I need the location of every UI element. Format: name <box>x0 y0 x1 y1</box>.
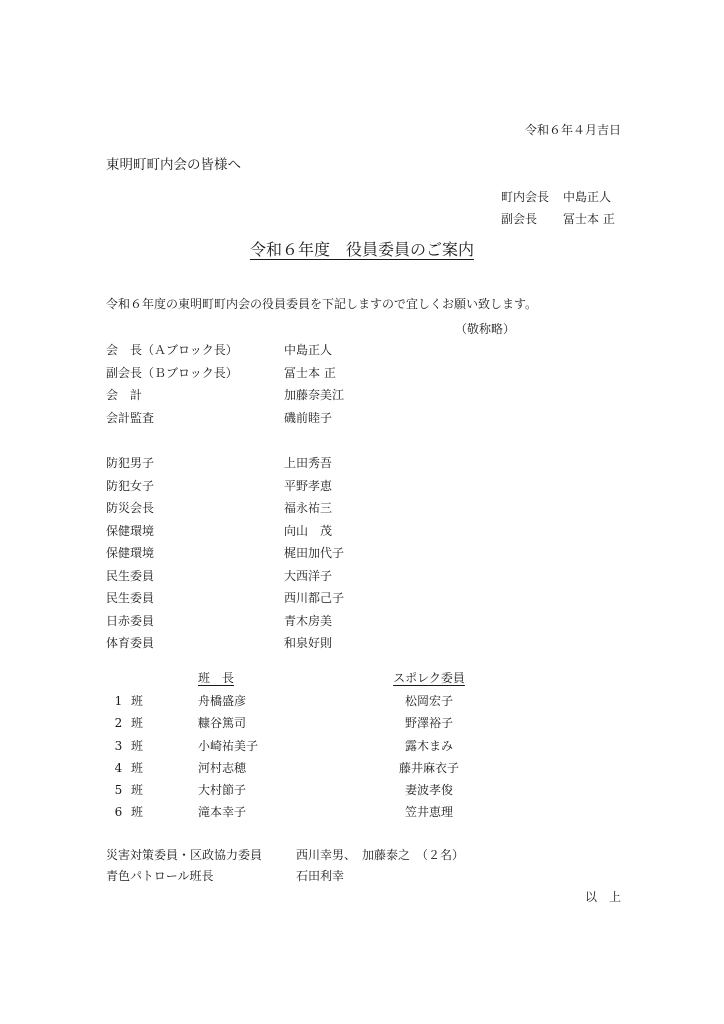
officer-name: 青木房美 <box>284 614 332 628</box>
han-sports: 藤井麻衣子 <box>386 762 472 774</box>
extra-name: 石田利幸 <box>296 869 344 883</box>
han-row: 1班舟橋盛彦松岡宏子 <box>106 695 472 717</box>
officer-name: 冨士本 正 <box>284 366 336 380</box>
han-leader: 糠谷篤司 <box>198 717 386 729</box>
han-number: 4 <box>106 762 131 774</box>
officer-role: 防災会長 <box>106 502 284 514</box>
extra-row-patrol: 青色パトロール班長石田利幸 <box>106 870 344 882</box>
officer-row: 防犯男子上田秀吾 <box>106 457 344 480</box>
sender-vice-chairman: 副会長冨士本 正 <box>501 213 615 225</box>
han-table-header: 班 長スポレク委員 <box>106 672 472 695</box>
honorific-note: （敬称略） <box>455 323 515 335</box>
officer-name: 磯前睦子 <box>284 411 332 425</box>
officer-row: 会 長（Ａブロック長）中島正人 <box>106 344 344 367</box>
han-number: 3 <box>106 740 131 752</box>
officer-name: 大西洋子 <box>284 569 332 583</box>
header-leader: 班 長 <box>198 671 234 685</box>
addressee: 東明町町内会の皆様へ <box>106 159 241 173</box>
officer-row: 会計監査磯前睦子 <box>106 412 344 435</box>
officer-role: 保健環境 <box>106 547 284 559</box>
title-text: 令和６年度 役員委員のご案内 <box>250 240 474 259</box>
han-number: 5 <box>106 784 131 796</box>
officer-row: 会 計加藤奈美江 <box>106 389 344 412</box>
header-sports: スポレク委員 <box>393 671 465 685</box>
sender-role: 副会長 <box>501 213 563 225</box>
han-table: 班 長スポレク委員 1班舟橋盛彦松岡宏子 2班糠谷篤司野澤裕子 3班小崎祐美子露… <box>106 672 472 829</box>
officer-name: 加藤奈美江 <box>284 388 344 402</box>
han-leader: 小崎祐美子 <box>198 740 386 752</box>
officer-role: 民生委員 <box>106 570 284 582</box>
extra-name: 西川幸男、 加藤泰之 （２名） <box>296 848 464 862</box>
officer-row: 民生委員大西洋子 <box>106 570 344 593</box>
han-label: 班 <box>131 740 198 752</box>
officer-row: 体育委員和泉好則 <box>106 637 344 660</box>
officer-name: 福永祐三 <box>284 501 332 515</box>
han-leader: 滝本幸子 <box>198 806 386 818</box>
officer-role: 防犯女子 <box>106 480 284 492</box>
officer-role: 副会長（Ｂブロック長） <box>106 367 284 379</box>
han-sports: 笠井恵理 <box>386 806 472 818</box>
extra-role: 青色パトロール班長 <box>106 870 296 882</box>
officer-row: 日赤委員青木房美 <box>106 615 344 638</box>
document-date: 令和６年４月吉日 <box>525 124 621 136</box>
intro-text: 令和６年度の東明町町内会の役員委員を下記しますので宜しくお願い致します。 <box>106 298 537 310</box>
officer-role: 体育委員 <box>106 637 284 649</box>
officer-name: 西川都己子 <box>284 591 344 605</box>
han-label: 班 <box>131 695 198 707</box>
han-row: 4班河村志穂藤井麻衣子 <box>106 762 472 784</box>
officer-row: 防犯女子平野孝恵 <box>106 480 344 503</box>
han-sports: 野澤裕子 <box>386 717 472 729</box>
han-row: 3班小崎祐美子露木まみ <box>106 740 472 762</box>
han-leader: 河村志穂 <box>198 762 386 774</box>
officer-role: 日赤委員 <box>106 615 284 627</box>
officer-name: 上田秀吾 <box>284 456 332 470</box>
han-sports: 妻波孝俊 <box>386 784 472 796</box>
han-label: 班 <box>131 717 198 729</box>
han-row: 2班糠谷篤司野澤裕子 <box>106 717 472 739</box>
sender-role: 町内会長 <box>501 191 563 203</box>
han-sports: 露木まみ <box>386 740 472 752</box>
officer-role: 会 長（Ａブロック長） <box>106 344 284 356</box>
officer-row: 副会長（Ｂブロック長）冨士本 正 <box>106 367 344 390</box>
officer-name: 平野孝恵 <box>284 479 332 493</box>
han-leader: 大村節子 <box>198 784 386 796</box>
officer-name: 中島正人 <box>284 343 332 357</box>
han-sports: 松岡宏子 <box>386 695 472 707</box>
han-number: 1 <box>106 695 131 707</box>
han-label: 班 <box>131 784 198 796</box>
closing-text: 以 上 <box>585 891 621 903</box>
document-title: 令和６年度 役員委員のご案内 <box>0 242 724 258</box>
section-gap <box>106 434 344 457</box>
han-label: 班 <box>131 806 198 818</box>
han-number: 6 <box>106 806 131 818</box>
han-row: 5班大村節子妻波孝俊 <box>106 784 472 806</box>
extra-row-disaster: 災害対策委員・区政協力委員西川幸男、 加藤泰之 （２名） <box>106 849 464 861</box>
officer-row: 保健環境向山 茂 <box>106 525 344 548</box>
officer-name: 梶田加代子 <box>284 546 344 560</box>
extra-role: 災害対策委員・区政協力委員 <box>106 849 296 861</box>
han-label: 班 <box>131 762 198 774</box>
sender-chairman: 町内会長中島正人 <box>501 191 611 203</box>
officer-row: 民生委員西川都己子 <box>106 592 344 615</box>
officer-name: 和泉好則 <box>284 636 332 650</box>
han-leader: 舟橋盛彦 <box>198 695 386 707</box>
officer-role: 民生委員 <box>106 592 284 604</box>
officer-row: 保健環境梶田加代子 <box>106 547 344 570</box>
officer-role: 会計監査 <box>106 412 284 424</box>
han-row: 6班滝本幸子笠井恵理 <box>106 806 472 828</box>
sender-name: 冨士本 正 <box>563 212 615 226</box>
officer-role: 会 計 <box>106 389 284 401</box>
officer-name: 向山 茂 <box>284 524 332 538</box>
officer-row: 防災会長福永祐三 <box>106 502 344 525</box>
han-number: 2 <box>106 717 131 729</box>
officer-role: 防犯男子 <box>106 457 284 469</box>
officer-role: 保健環境 <box>106 525 284 537</box>
officers-list: 会 長（Ａブロック長）中島正人 副会長（Ｂブロック長）冨士本 正 会 計加藤奈美… <box>106 344 344 660</box>
sender-name: 中島正人 <box>563 190 611 204</box>
